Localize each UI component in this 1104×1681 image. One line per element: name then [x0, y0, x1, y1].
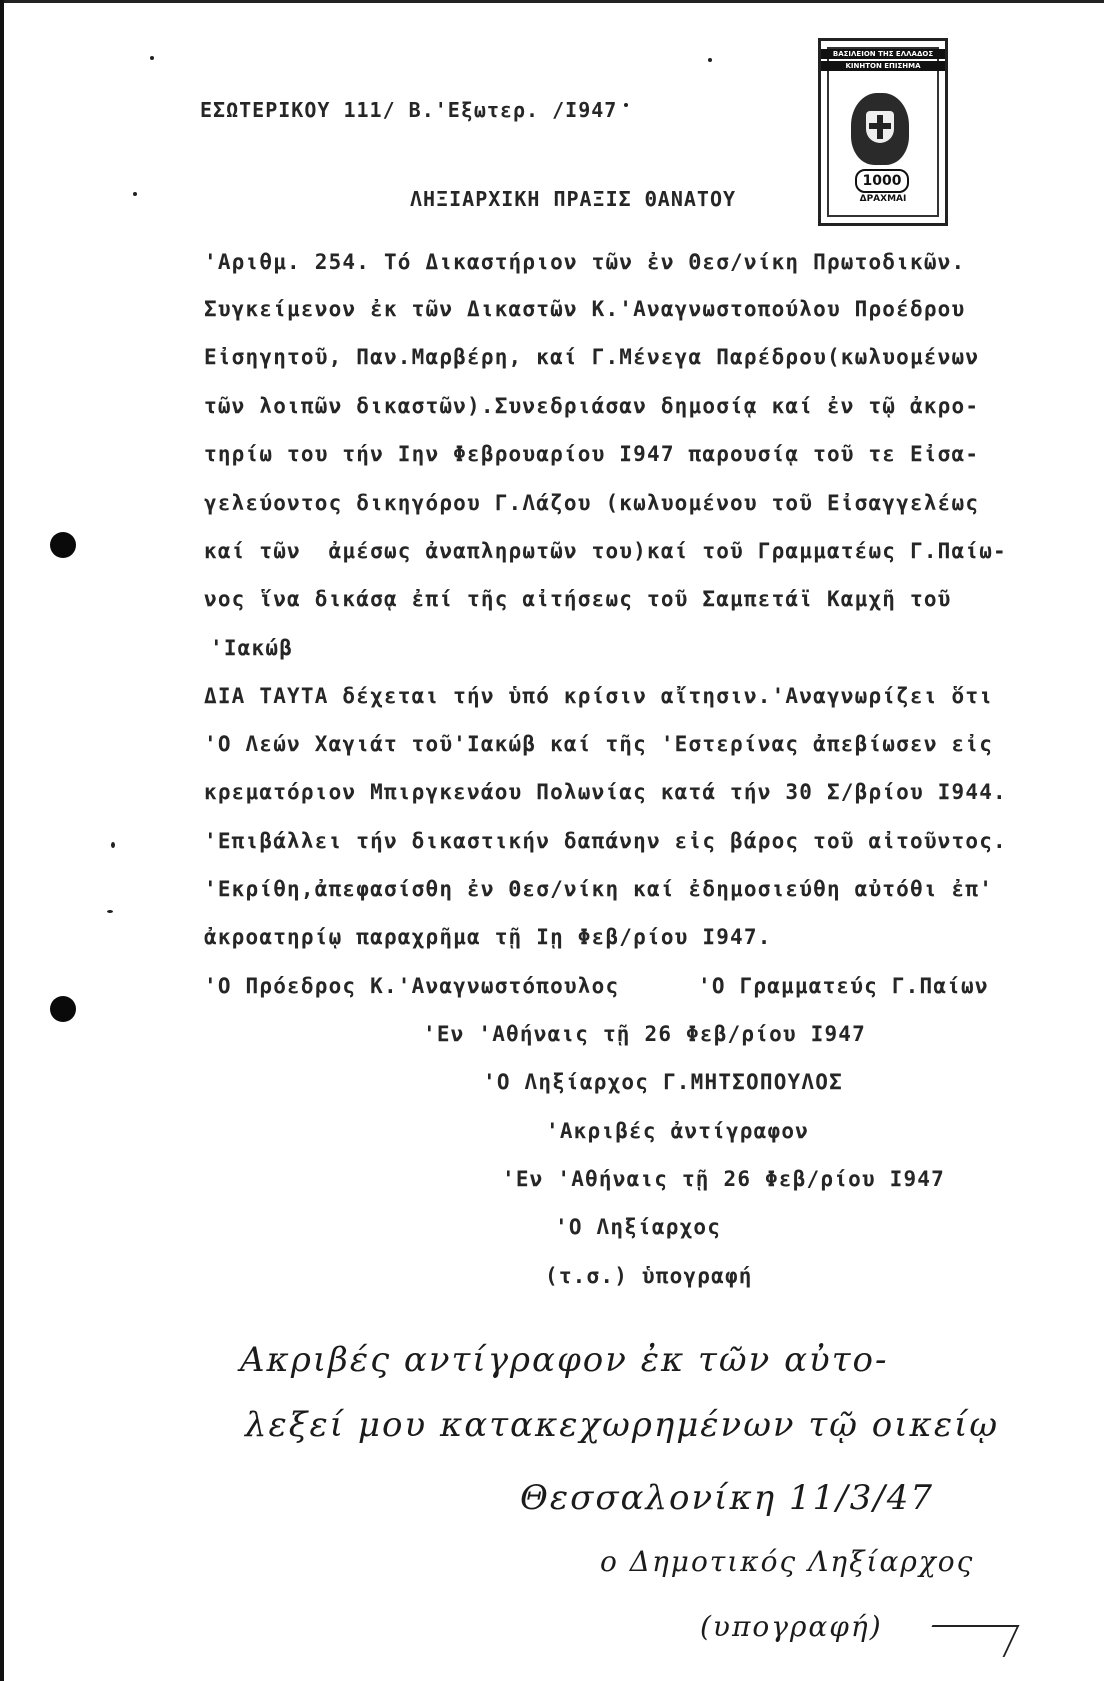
closing-line: 'Εν 'Αθήναις τῇ 26 Φεβ/ρίου Ι947: [423, 1022, 866, 1046]
reference-line: ΕΣΩΤΕΡΙΚΟΥ 111/ Β.'Εξωτερ. /Ι947: [200, 98, 617, 122]
handwritten-line: Θεσσαλονίκη 11/3/47: [520, 1478, 934, 1518]
body-line: Εἰσηγητοῦ, Παν.Μαρβέρη, καί Γ.Μένεγα Παρ…: [204, 345, 979, 369]
body-line: τῶν λοιπῶν δικαστῶν).Συνεδριάσαν δημοσίᾳ…: [204, 394, 979, 418]
stamp-band-top: ΒΑΣΙΛΕΙΟΝ ΤΗΣ ΕΛΛΑΔΟΣ: [821, 49, 945, 59]
closing-line: (τ.σ.) ὑπογραφή: [545, 1264, 753, 1288]
body-line: νος ἵνα δικάσᾳ ἐπί τῆς αἰτήσεως τοῦ Σαμπ…: [204, 587, 952, 611]
handwritten-line: ο Δημοτικός Ληξίαρχος: [600, 1545, 974, 1578]
stamp-band-bottom: ΚΙΝΗΤΟΝ ΕΠΙΣΗΜΑ: [821, 61, 945, 71]
stamp-currency: ΔΡΑΧΜΑΙ: [821, 194, 945, 204]
ink-speck: [150, 56, 154, 60]
body-line: ΔΙΑ ΤΑΥΤΑ δέχεται τήν ὑπό κρίσιν αἴτησιν…: [204, 684, 993, 708]
body-line: 'Επιβάλλει τήν δικαστικήν δαπάνην εἰς βά…: [204, 829, 1007, 853]
handwritten-line: λεξεί μου κατακεχωρημένων τῷ οικείῳ: [245, 1405, 999, 1445]
ink-speck: [133, 192, 137, 196]
body-line: γελεύοντος δικηγόρου Γ.Λάζου (κωλυομένου…: [204, 491, 979, 515]
ink-speck: [111, 842, 115, 848]
punch-hole-top: [50, 532, 76, 558]
ink-speck: [107, 910, 113, 913]
ink-speck: [624, 103, 628, 107]
body-line: τηρίω του τήν Ιην Φεβρουαρίου Ι947 παρου…: [204, 442, 979, 466]
document-title: ΛΗΞΙΑΡΧΙΚΗ ΠΡΑΞΙΣ ΘΑΝΑΤΟΥ: [410, 187, 736, 211]
revenue-stamp: ΒΑΣΙΛΕΙΟΝ ΤΗΣ ΕΛΛΑΔΟΣ ΚΙΝΗΤΟΝ ΕΠΙΣΗΜΑ 10…: [818, 38, 948, 226]
handwritten-line: Ακριβές αντίγραφον ἐκ τῶν αὐτο-: [240, 1340, 888, 1380]
body-line: καί τῶν ἀμέσως ἀναπληρωτῶν του)καί τοῦ Γ…: [204, 539, 1007, 563]
closing-line: 'Ακριβές ἀντίγραφον: [546, 1119, 809, 1143]
secretary-signatory: 'Ο Γραμματεύς Γ.Παίων: [698, 974, 989, 998]
stamp-value: 1000: [855, 169, 909, 193]
body-line: 'Ο Λεών Χαγιάτ τοῦ'Ιακώβ καί τῆς 'Εστερί…: [204, 732, 993, 756]
closing-line: 'Ο Ληξίαρχος Γ.ΜΗΤΣΟΠΟΥΛΟΣ: [483, 1070, 843, 1094]
ink-speck: [708, 58, 712, 62]
shield-icon: [866, 111, 894, 143]
page-left-edge: [0, 0, 4, 1681]
closing-line: 'Εν 'Αθήναις τῇ 26 Φεβ/ρίου Ι947: [502, 1167, 945, 1191]
president-signatory: 'Ο Πρόεδρος Κ.'Αναγνωστόπουλος: [204, 974, 619, 998]
handwritten-signature: (υπογραφή): [700, 1610, 883, 1643]
closing-line: 'Ο Ληξίαρχος: [555, 1215, 721, 1239]
signature-flourish: [918, 1625, 1020, 1657]
body-line: ἀκροατηρίῳ παραχρῆμα τῇ Ιῃ Φεβ/ρίου Ι947…: [204, 925, 772, 949]
body-line: 'Ιακώβ: [210, 636, 293, 660]
coat-of-arms-icon: [851, 93, 909, 165]
punch-hole-bottom: [50, 996, 76, 1022]
body-line: 'Αριθμ. 254. Τό Δικαστήριον τῶν ἐν Θεσ/ν…: [204, 250, 965, 274]
body-line: 'Εκρίθη,ἀπεφασίσθη ἐν Θεσ/νίκη καί ἐδημο…: [204, 877, 993, 901]
body-line: Συγκείμενον ἐκ τῶν Δικαστῶν Κ.'Αναγνωστο…: [204, 297, 965, 321]
body-line: κρεματόριον Μπιργκενάου Πολωνίας κατά τή…: [204, 780, 1007, 804]
page-top-edge: [0, 0, 1104, 3]
